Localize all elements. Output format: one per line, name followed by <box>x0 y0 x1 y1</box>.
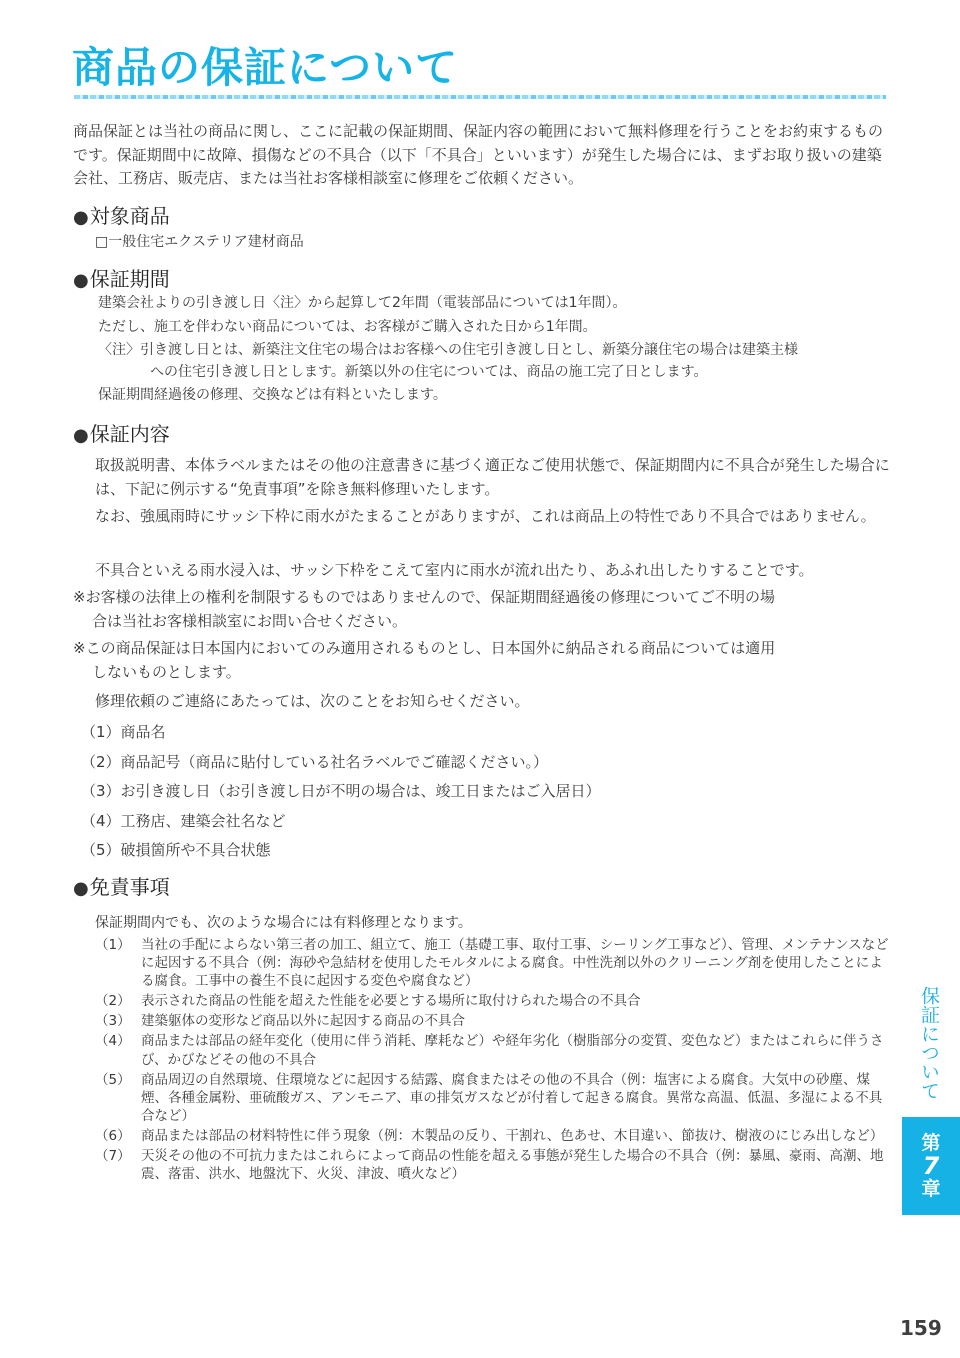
content-note-1-line-1: ※お客様の法律上の権利を制限するものではありませんので、保証期間経過後の修理につ… <box>73 588 775 606</box>
period-line-4: 保証期間経過後の修理、交換などは有料といたします。 <box>98 384 447 406</box>
bullet-icon: ● <box>73 878 89 899</box>
period-line-1: 建築会社よりの引き渡し日〈注〉から起算して2年間（電装部品については1年間）。 <box>98 292 627 314</box>
chapter-prefix: 第 <box>921 1132 940 1154</box>
period-note: 〈注〉引き渡し日とは、新築注文住宅の場合はお客様への住宅引き渡し日とし、新築分譲… <box>98 339 888 383</box>
side-section-label: 保証について <box>914 986 942 1100</box>
list-item: （1） 当社の手配によらない第三者の加工、組立て、施工（基礎工事、取付工事、シー… <box>95 936 890 991</box>
content-note-2-line-1: ※この商品保証は日本国内においてのみ適用されるものとし、日本国外に納品される商品… <box>73 639 775 657</box>
list-item: （6） 商品または部品の材料特性に伴う現象（例：木製品の反り、干割れ、色あせ、木… <box>95 1127 890 1145</box>
item-text: 商品周辺の自然環境、住環境などに起因する結露、腐食またはその他の不具合（例：塩害… <box>141 1071 890 1126</box>
period-line-2: ただし、施工を伴わない商品については、お客様がご購入された日から1年間。 <box>98 316 597 338</box>
period-note-line-2: への住宅引き渡し日とします。新築以外の住宅については、商品の施工完了日とします。 <box>98 361 888 383</box>
item-number: （7） <box>95 1147 141 1183</box>
chapter-suffix: 章 <box>921 1178 940 1200</box>
list-item: （5）破損箇所や不具合状態 <box>81 836 601 866</box>
exemptions-list: （1） 当社の手配によらない第三者の加工、組立て、施工（基礎工事、取付工事、シー… <box>95 936 890 1185</box>
content-paragraph-2: なお、強風雨時にサッシ下枠に雨水がたまることがありますが、これは商品上の特性であ… <box>95 505 890 529</box>
section-heading-content: ●保証内容 <box>73 421 170 449</box>
content-note-1-line-2: 合は当社お客様相談室にお問い合せください。 <box>73 610 890 634</box>
item-text: 商品または部品の経年変化（使用に伴う消耗、摩耗など）や経年劣化（樹脂部分の変質、… <box>141 1032 890 1068</box>
section-heading-exemptions: ●免責事項 <box>73 874 170 902</box>
period-note-line-1: 〈注〉引き渡し日とは、新築注文住宅の場合はお客様への住宅引き渡し日とし、新築分譲… <box>98 342 798 358</box>
item-text: 商品または部品の材料特性に伴う現象（例：木製品の反り、干割れ、色あせ、木目違い、… <box>141 1127 890 1145</box>
heading-text: 対象商品 <box>90 204 170 228</box>
heading-text: 保証期間 <box>90 267 170 291</box>
item-number: （3） <box>95 1012 141 1030</box>
item-text: 当社の手配によらない第三者の加工、組立て、施工（基礎工事、取付工事、シーリング工… <box>141 936 890 991</box>
item-text: 天災その他の不可抗力またはこれらによって商品の性能を超える事態が発生した場合の不… <box>141 1147 890 1183</box>
heading-text: 保証内容 <box>90 422 170 446</box>
contact-lead: 修理依頼のご連絡にあたっては、次のことをお知らせください。 <box>95 690 530 714</box>
target-product-item: □一般住宅エクステリア建材商品 <box>95 231 304 253</box>
list-item: （2）商品記号（商品に貼付している社名ラベルでご確認ください。） <box>81 748 601 778</box>
item-number: （5） <box>95 1071 141 1126</box>
item-number: （4） <box>95 1032 141 1068</box>
contact-items-list: （1）商品名 （2）商品記号（商品に貼付している社名ラベルでご確認ください。） … <box>81 718 601 866</box>
section-heading-period: ●保証期間 <box>73 266 170 294</box>
item-number: （1） <box>95 936 141 991</box>
content-paragraph-3: 不具合といえる雨水浸入は、サッシ下枠をこえて室内に雨水が流れ出たり、あふれ出した… <box>95 559 890 583</box>
list-item: （3）お引き渡し日（お引き渡し日が不明の場合は、竣工日またはご入居日） <box>81 777 601 807</box>
chapter-number: 7 <box>923 1154 940 1178</box>
list-item: （1）商品名 <box>81 718 601 748</box>
list-item: （7） 天災その他の不可抗力またはこれらによって商品の性能を超える事態が発生した… <box>95 1147 890 1183</box>
item-number: （6） <box>95 1127 141 1145</box>
bullet-icon: ● <box>73 425 89 446</box>
list-item: （2） 表示された商品の性能を超えた性能を必要とする場所に取付けられた場合の不具… <box>95 992 890 1010</box>
content-note-2: ※この商品保証は日本国内においてのみ適用されるものとし、日本国外に納品される商品… <box>73 637 890 684</box>
item-text: 建築躯体の変形など商品以外に起因する商品の不具合 <box>141 1012 890 1030</box>
page-number: 159 <box>900 1316 942 1340</box>
item-text: 表示された商品の性能を超えた性能を必要とする場所に取付けられた場合の不具合 <box>141 992 890 1010</box>
content-paragraph-1: 取扱説明書、本体ラベルまたはその他の注意書きに基づく適正なご使用状態で、保証期間… <box>95 454 890 501</box>
bullet-icon: ● <box>73 207 89 228</box>
exemptions-lead: 保証期間内でも、次のような場合には有料修理となります。 <box>95 912 472 934</box>
item-number: （2） <box>95 992 141 1010</box>
bullet-icon: ● <box>73 270 89 291</box>
list-item: （5） 商品周辺の自然環境、住環境などに起因する結露、腐食またはその他の不具合（… <box>95 1071 890 1126</box>
list-item: （4）工務店、建築会社名など <box>81 807 601 837</box>
content-note-2-line-2: しないものとします。 <box>73 661 890 685</box>
content-note-1: ※お客様の法律上の権利を制限するものではありませんので、保証期間経過後の修理につ… <box>73 586 890 633</box>
list-item: （4） 商品または部品の経年変化（使用に伴う消耗、摩耗など）や経年劣化（樹脂部分… <box>95 1032 890 1068</box>
intro-paragraph: 商品保証とは当社の商品に関し、ここに記載の保証期間、保証内容の範囲において無料修… <box>73 120 888 191</box>
chapter-tab: 第 7 章 <box>902 1117 960 1215</box>
heading-text: 免責事項 <box>90 875 170 899</box>
section-heading-target: ●対象商品 <box>73 203 170 231</box>
title-underline-decoration <box>74 95 886 99</box>
list-item: （3） 建築躯体の変形など商品以外に起因する商品の不具合 <box>95 1012 890 1030</box>
page-title: 商品の保証について <box>72 42 458 94</box>
